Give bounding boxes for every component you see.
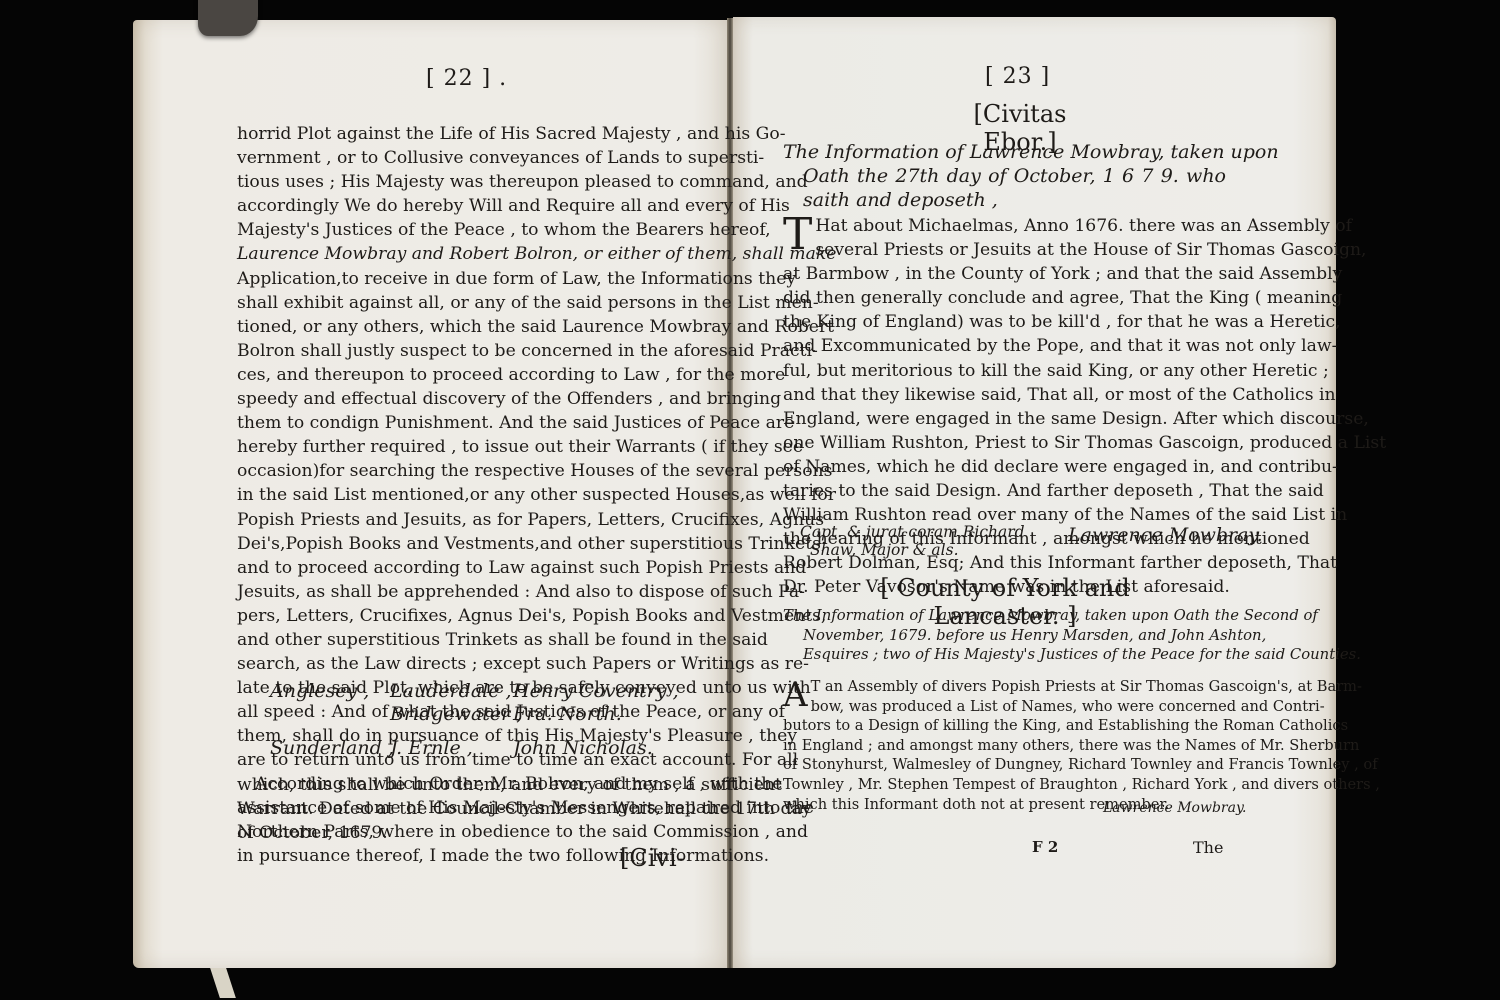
text-line: did then generally conclude and agree, T… [783,286,1226,310]
jurat-line: Shaw, Major & als. [800,541,1025,559]
signatory: John Nicholas. [513,737,653,759]
text-line: and that they likewise said, That all, o… [783,383,1226,407]
text-line: occasion)for searching the respective Ho… [237,459,677,483]
signatory: Bridgewater , [390,703,522,725]
text-line: ful, but meritorious to kill the said Ki… [783,359,1226,383]
text-line: According to which Order, Mr. Bolron, an… [237,772,677,796]
text-line: search, as the Law directs ; except such… [237,652,677,676]
title-line: Oath the 27th day of October, 1 6 7 9. w… [783,164,1226,188]
title-line: November, 1679. before us Henry Marsden,… [783,626,1226,646]
text-line: England, were engaged in the same Design… [783,407,1226,431]
text-line: accordingly We do hereby Will and Requir… [237,194,677,218]
text-line: and other superstitious Trinkets as shal… [237,628,677,652]
title-line: The Information of Lawrence Mowbray, tak… [783,140,1226,164]
text-line: speedy and effectual discovery of the Of… [237,387,677,411]
text-line: of Names, which he did declare were enga… [783,455,1226,479]
jurat-line: Capt. & jurat coram Richard [800,523,1025,541]
text-line: at Barmbow , in the County of York ; and… [783,262,1226,286]
catchword: [Civi- [620,844,685,872]
text-line: them to condign Punishment. And the said… [237,411,677,435]
text-line: Hat about Michaelmas, Anno 1676. there w… [783,214,1226,238]
text-line: one William Rushton, Priest to Sir Thoma… [783,431,1226,455]
text-line: T an Assembly of divers Popish Priests a… [783,677,1226,697]
information-title: The Information of Lawrence Mowbray, tak… [783,606,1226,665]
catchword: The [1193,838,1223,857]
text-line: tious uses ; His Majesty was thereupon p… [237,170,677,194]
drop-cap: T [783,216,812,254]
signature: Lawrence Mowbray. [1068,524,1263,546]
text-line: Jesuits, as shall be apprehended : And a… [237,580,677,604]
text-line: shall exhibit against all, or any of the… [237,291,677,315]
page-number-left: [ 22 ] . [426,66,507,91]
text-line: Laurence Mowbray and Robert Bolron, or e… [237,242,677,266]
text-line: vernment , or to Collusive conveyances o… [237,146,677,170]
text-line: Application,to receive in due form of La… [237,267,677,291]
text-line: in the said List mentioned,or any other … [237,483,677,507]
text-line: and Excommunicated by the Pope, and that… [783,334,1226,358]
title-line: The Information of Lawrence Mowbray, tak… [783,606,1226,626]
book-clasp [198,0,258,36]
text-line: Townley , Mr. Stephen Tempest of Braught… [783,775,1226,795]
text-line: pers, Letters, Crucifixes, Agnus Dei's, … [237,604,677,628]
text-line: butors to a Design of killing the King, … [783,716,1226,736]
information-title: The Information of Lawrence Mowbray, tak… [783,140,1226,212]
text-line: horrid Plot against the Life of His Sacr… [237,122,677,146]
text-line: Bolron shall justly suspect to be concer… [237,339,677,363]
text-line: Majesty's Justices of the Peace , to who… [237,218,677,242]
text-line: assistance of some of His Majesty's Mess… [237,796,677,820]
signatory: Henry Coventry , [513,680,679,702]
text-line: several Priests or Jesuits at the House … [783,238,1226,262]
text-line: in England ; and amongst many others, th… [783,736,1226,756]
signatory: J. Ernle , [390,737,473,759]
text-line: Northern Parts, where in obedience to th… [237,820,677,844]
text-line: taries to the said Design. And farther d… [783,479,1226,503]
text-line: ces, and thereupon to proceed according … [237,363,677,387]
text-line: bow, was produced a List of Names, who w… [783,697,1226,717]
signatory: Sunderland , [270,737,394,759]
signatory: Fra. North. [513,703,622,725]
signature: Lawrence Mowbray. [1103,800,1246,816]
text-line: and to proceed according to Law against … [237,556,677,580]
text-line: Popish Priests and Jesuits, as for Paper… [237,508,677,532]
text-line: the King of England) was to be kill'd , … [783,310,1226,334]
text-line: in pursuance thereof, I made the two fol… [237,844,677,868]
signatory: Anglesey , [270,680,369,702]
signatory: Lauderdale , [390,680,512,702]
drop-cap: A [783,679,808,711]
title-line: saith and deposeth , [783,188,1226,212]
title-line: Esquires ; two of His Majesty's Justices… [783,645,1226,665]
page-number-right: [ 23 ] [985,64,1050,89]
text-line: hereby further required , to issue out t… [237,435,677,459]
signature-mark: F 2 [1032,838,1058,856]
text-line: tioned, or any others, which the said La… [237,315,677,339]
closing-paragraph: According to which Order, Mr. Bolron, an… [237,772,677,868]
information-body: A T an Assembly of divers Popish Priests… [783,677,1226,814]
text-line: Dei's,Popish Books and Vestments,and oth… [237,532,677,556]
ribbon-bookmark [210,968,236,998]
text-line: of Stonyhurst, Walmesley of Dungney, Ric… [783,755,1226,775]
jurat: Capt. & jurat coram Richard Shaw, Major … [800,523,1025,559]
